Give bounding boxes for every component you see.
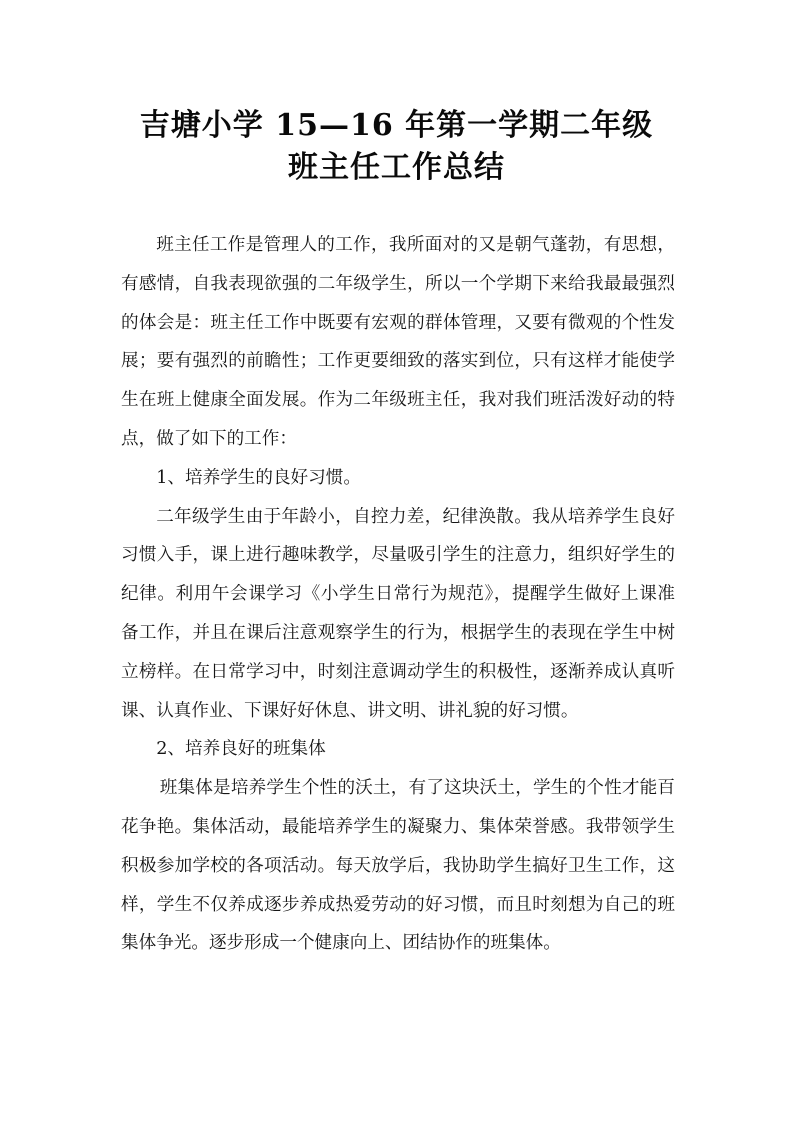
intro-paragraph: 班主任工作是管理人的工作，我所面对的又是朝气蓬勃，有思想，有感情，自我表现欲强的… [121,226,675,459]
section-1-paragraph: 二年级学生由于年龄小，自控力差，纪律涣散。我从培养学生良好习惯入手，课上进行趣味… [121,498,675,731]
section-2-paragraph: 班集体是培养学生个性的沃土，有了这块沃土，学生的个性才能百花争艳。集体活动，最能… [121,769,675,963]
document-title-line-1: 吉塘小学 15—16 年第一学期二年级 [0,100,793,144]
section-heading-2: 2、培养良好的班集体 [121,730,675,769]
section-heading-1: 1、培养学生的良好习惯。 [121,459,675,498]
document-page: 吉塘小学 15—16 年第一学期二年级 班主任工作总结 班主任工作是管理人的工作… [0,0,793,1122]
document-title-line-2: 班主任工作总结 [0,142,793,186]
document-body: 班主任工作是管理人的工作，我所面对的又是朝气蓬勃，有思想，有感情，自我表现欲强的… [121,226,675,963]
